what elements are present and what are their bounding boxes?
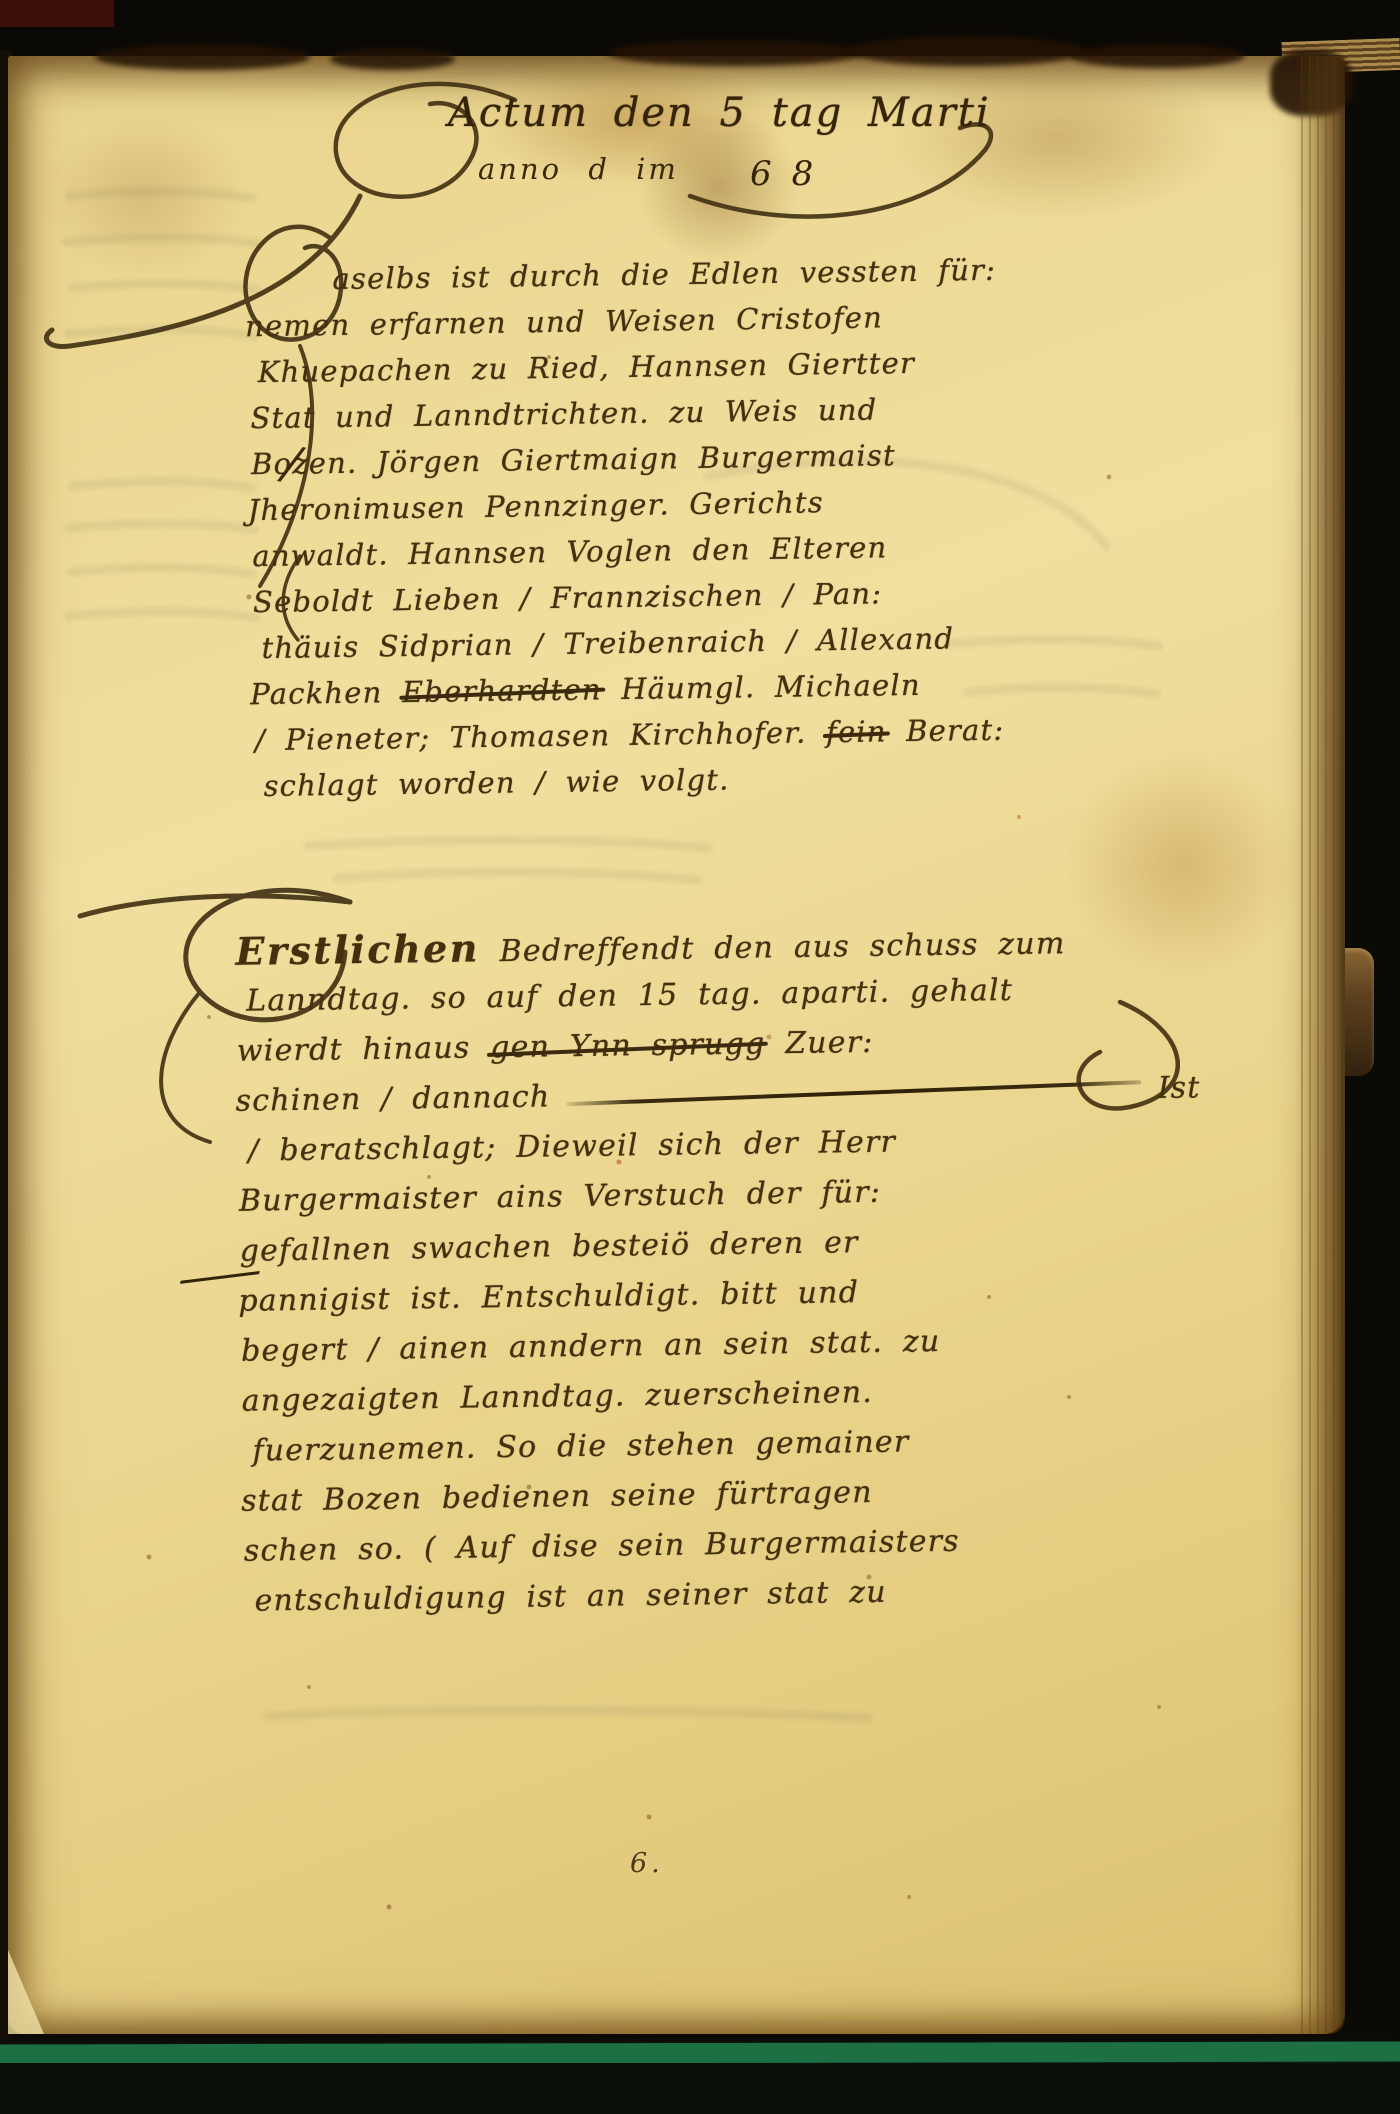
page-edge-stack-right <box>1295 56 1345 2034</box>
page-number: 6. <box>630 1848 664 1879</box>
line-segment: Packhen <box>250 675 402 711</box>
burn-mark <box>608 40 863 66</box>
struck-word: gen Ynn sprugg <box>490 1026 766 1065</box>
paragraph-2: Erstlichen Bedreffendt den aus schuss zu… <box>235 913 1210 1626</box>
burn-mark <box>330 48 455 70</box>
burn-mark <box>1070 44 1245 68</box>
scanned-manuscript-photo: Actum den 5 tag Marti anno d im 68 aselb… <box>0 0 1400 2114</box>
green-table-stripe <box>0 2042 1400 2065</box>
paper-stain <box>38 111 248 281</box>
heading-date-line: Actum den 5 tag Marti <box>448 90 991 136</box>
paragraph-initial-word: Erstlichen <box>235 925 480 973</box>
burn-mark <box>95 44 310 70</box>
line-segment: / Pieneter; Thomasen Kirchhofer. <box>255 715 827 757</box>
line-segment: Häumgl. Michaeln <box>602 668 921 706</box>
paper-speckles <box>8 56 10 58</box>
line-segment: wierdt hinaus <box>237 1030 491 1069</box>
heading-anno-line: anno d im <box>478 152 679 186</box>
line-segment: Zuer: <box>765 1025 874 1062</box>
margin-dash-mark: — <box>173 1242 266 1306</box>
burn-mark <box>850 36 1085 66</box>
line-segment: Bedreffendt den aus schuss zum <box>480 926 1066 969</box>
line-segment: Berat: <box>886 713 1004 749</box>
line-segment: schinen / dannach <box>235 1072 551 1126</box>
manuscript-line: schlagt worden / wie volgt. <box>263 753 996 809</box>
heading-year: 68 <box>750 154 833 194</box>
manuscript-page: Actum den 5 tag Marti anno d im 68 aselb… <box>8 56 1345 2034</box>
struck-word: fein <box>826 714 887 749</box>
pen-stroke-strike <box>567 1080 1142 1106</box>
photo-background-bottom <box>0 2063 1400 2114</box>
struck-word: Eberhardten <box>402 672 602 709</box>
paper-stain <box>888 56 1228 221</box>
binding-corner-patch <box>0 0 114 27</box>
page-corner-fold <box>8 1950 44 2034</box>
paragraph-1: aselbs ist durch die Edlen vessten für: … <box>248 247 996 809</box>
manuscript-line: aselbs ist durch die Edlen vessten für: <box>332 247 989 302</box>
line-segment: Ist <box>1157 1063 1201 1114</box>
